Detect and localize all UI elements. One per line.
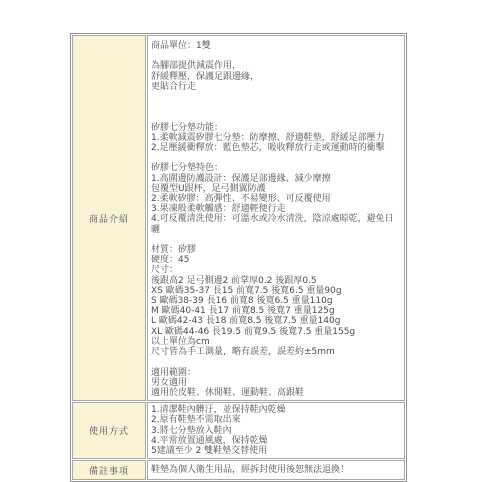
row-label-remarks: 備註事項 bbox=[72, 460, 146, 480]
row-label-product-intro: 商品介紹 bbox=[72, 35, 146, 401]
product-spec-table: 商品介紹 商品單位：1雙 為腳部提供減震作用， 舒緩釋壓，保護足跟邊緣， 更貼合… bbox=[70, 33, 407, 482]
row-label-usage: 使用方式 bbox=[72, 402, 146, 459]
table-row-product-intro: 商品介紹 商品單位：1雙 為腳部提供減震作用， 舒緩釋壓，保護足跟邊緣， 更貼合… bbox=[72, 35, 405, 401]
table-row-remarks: 備註事項 鞋墊為個人衛生用品，經拆封使用後恕無法退換！ bbox=[72, 460, 405, 480]
table-row-usage: 使用方式 1.清潔鞋內髒汙，並保持鞋內乾燥 2.原有鞋墊不需取出來 3.將七分墊… bbox=[72, 402, 405, 459]
usage-content: 1.清潔鞋內髒汙，並保持鞋內乾燥 2.原有鞋墊不需取出來 3.將七分墊放入鞋內 … bbox=[147, 402, 405, 459]
product-intro-content: 商品單位：1雙 為腳部提供減震作用， 舒緩釋壓，保護足跟邊緣， 更貼合行走 矽膠… bbox=[147, 35, 405, 401]
remarks-content: 鞋墊為個人衛生用品，經拆封使用後恕無法退換！ bbox=[147, 460, 405, 480]
